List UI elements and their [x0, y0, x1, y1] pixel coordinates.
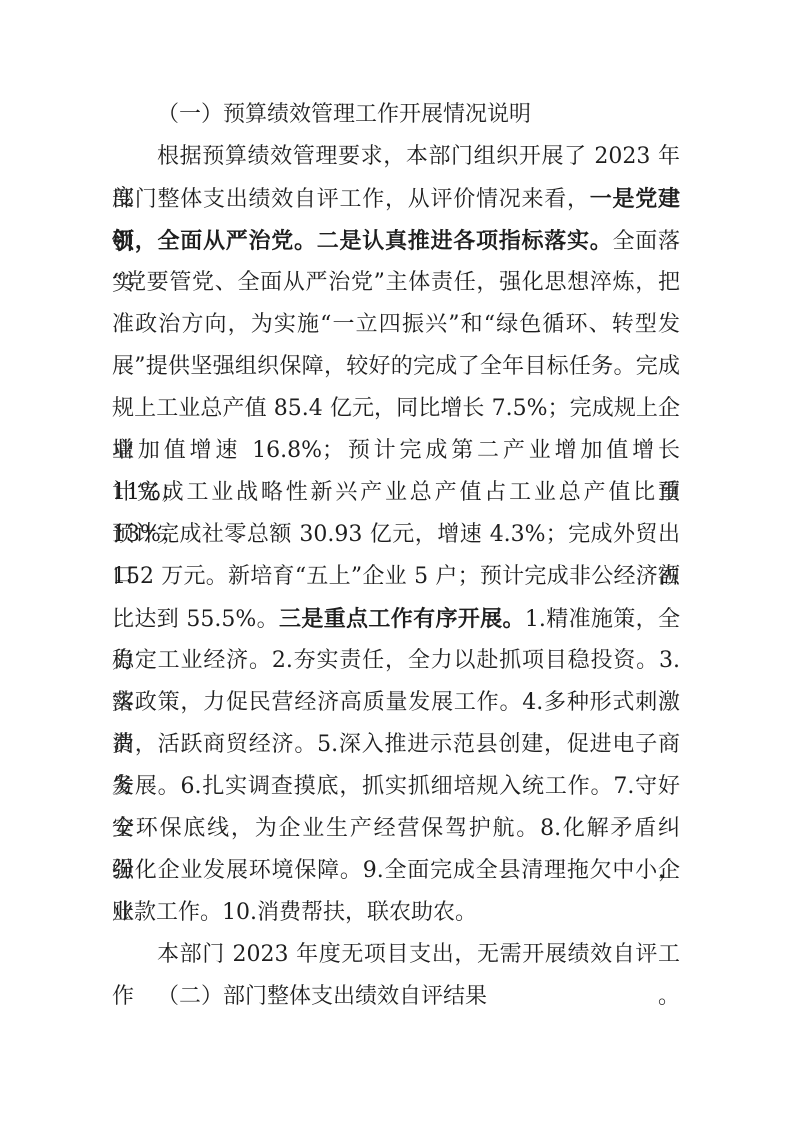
text-line: 部门整体支出绩效自评工作，从评价情况来看，一是党建引: [112, 178, 680, 220]
text-line: 领，全面从严治党。二是认真推进各项指标落实。全面落实: [112, 220, 680, 262]
text-line: 全环保底线，为企业生产经营保驾护航。8.化解矛盾纠纷，: [112, 808, 680, 850]
text-line: 实政策，力促民营经济高质量发展工作。4.多种形式刺激消: [112, 682, 680, 724]
text-line: 强化企业发展环境保障。9.全面完成全县清理拖欠中小企业: [112, 850, 680, 892]
text-line: 计完成工业战略性新兴产业总产值占工业总产值比重 13%；: [112, 472, 680, 514]
document-page: （一）预算绩效管理工作开展情况说明根据预算绩效管理要求，本部门组织开展了 202…: [0, 0, 793, 1122]
text-segment: 152 万元。新培育“五上”企业 5 户；预计完成非公经济占: [112, 564, 680, 589]
text-line: （一）预算绩效管理工作开展情况说明: [112, 94, 680, 136]
text-line: 账款工作。10.消费帮扶，联农助农。: [112, 892, 680, 934]
text-line: 展”提供坚强组织保障，较好的完成了全年目标任务。完成: [112, 346, 680, 388]
text-segment: （一）预算绩效管理工作开展情况说明: [157, 102, 531, 127]
text-segment: 账款工作。10.消费帮扶，联农助农。: [112, 900, 477, 925]
text-segment: 比达到 55.5%。: [112, 607, 279, 632]
document-body: （一）预算绩效管理工作开展情况说明根据预算绩效管理要求，本部门组织开展了 202…: [112, 94, 680, 1018]
bold-text-segment: 三是重点工作有序开展。: [279, 606, 525, 632]
text-segment: 展”提供坚强组织保障，较好的完成了全年目标任务。完成: [112, 354, 680, 379]
text-line: 预计完成社零总额 30.93 亿元，增速 4.3%；完成外贸出口额: [112, 514, 680, 556]
text-line: 152 万元。新培育“五上”企业 5 户；预计完成非公经济占: [112, 556, 680, 598]
text-line: 增加值增速 16.8%；预计完成第二产业增加值增长 11%；预: [112, 430, 680, 472]
text-line: “党要管党、全面从严治党”主体责任，强化思想淬炼，把: [112, 262, 680, 304]
text-segment: 准政治方向，为实施“一立四振兴”和“绿色循环、转型发: [112, 312, 680, 337]
text-segment: 部门整体支出绩效自评工作，从评价情况来看，: [112, 187, 590, 212]
bold-text-segment: 领，全面从严治党。二是认真推进各项指标落实。: [112, 228, 612, 254]
text-line: 比达到 55.5%。三是重点工作有序开展。1.精准施策，全力: [112, 598, 680, 640]
text-line: 发展。6.扎实调查摸底，抓实抓细培规入统工作。7.守好安: [112, 766, 680, 808]
text-segment: “党要管党、全面从严治党”主体责任，强化思想淬炼，把: [112, 270, 680, 295]
text-line: 本部门 2023 年度无项目支出，无需开展绩效自评工作。: [112, 934, 680, 976]
text-line: 规上工业总产值 85.4 亿元，同比增长 7.5%；完成规上企业: [112, 388, 680, 430]
text-line: 稳定工业经济。2.夯实责任，全力以赴抓项目稳投资。3.落: [112, 640, 680, 682]
text-line: 根据预算绩效管理要求，本部门组织开展了 2023 年度: [112, 136, 680, 178]
text-segment: （二）部门整体支出绩效自评结果: [157, 984, 487, 1009]
text-line: 准政治方向，为实施“一立四振兴”和“绿色循环、转型发: [112, 304, 680, 346]
text-line: 费，活跃商贸经济。5.深入推进示范县创建，促进电子商务: [112, 724, 680, 766]
